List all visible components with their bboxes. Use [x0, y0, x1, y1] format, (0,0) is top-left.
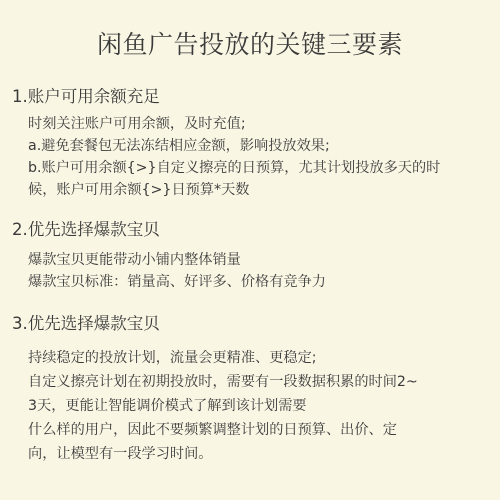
section-stable-plan: 3.优先选择爆款宝贝 持续稳定的投放计划，流量会更精准、更稳定; 自定义擦亮计划…	[12, 313, 492, 466]
body-line: 3天，更能让智能调价模式了解到该计划需要	[28, 394, 492, 418]
body-line: 爆款宝贝标准：销量高、好评多、价格有竞争力	[28, 271, 492, 293]
section-body: 时刻关注账户可用余额，及时充值; a.避免套餐包无法冻结相应金额，影响投放效果;…	[12, 113, 492, 201]
section-account-balance: 1.账户可用余额充足 时刻关注账户可用余额，及时充值; a.避免套餐包无法冻结相…	[12, 86, 492, 201]
body-line: b.账户可用余额{>}自定义擦亮的日预算，尤其计划投放多天的时	[28, 157, 492, 179]
body-line: 时刻关注账户可用余额，及时充值;	[28, 113, 492, 135]
section-body: 爆款宝贝更能带动小铺内整体销量 爆款宝贝标准：销量高、好评多、价格有竞争力	[12, 249, 492, 293]
section-heading: 3.优先选择爆款宝贝	[12, 313, 492, 335]
section-heading: 2.优先选择爆款宝贝	[12, 219, 492, 241]
section-hot-items: 2.优先选择爆款宝贝 爆款宝贝更能带动小铺内整体销量 爆款宝贝标准：销量高、好评…	[12, 219, 492, 293]
page-title: 闲鱼广告投放的关键三要素	[0, 28, 500, 62]
body-line: 爆款宝贝更能带动小铺内整体销量	[28, 249, 492, 271]
section-body: 持续稳定的投放计划，流量会更精准、更稳定; 自定义擦亮计划在初期投放时，需要有一…	[12, 346, 492, 466]
body-line: 候，账户可用余额{>}日预算*天数	[28, 179, 492, 201]
body-line: a.避免套餐包无法冻结相应金额，影响投放效果;	[28, 135, 492, 157]
section-heading: 1.账户可用余额充足	[12, 86, 492, 108]
body-line: 什么样的用户，因此不要频繁调整计划的日预算、出价、定	[28, 418, 492, 442]
body-line: 自定义擦亮计划在初期投放时，需要有一段数据积累的时间2~	[28, 370, 492, 394]
body-line: 持续稳定的投放计划，流量会更精准、更稳定;	[28, 346, 492, 370]
body-line: 向，让模型有一段学习时间。	[28, 442, 492, 466]
